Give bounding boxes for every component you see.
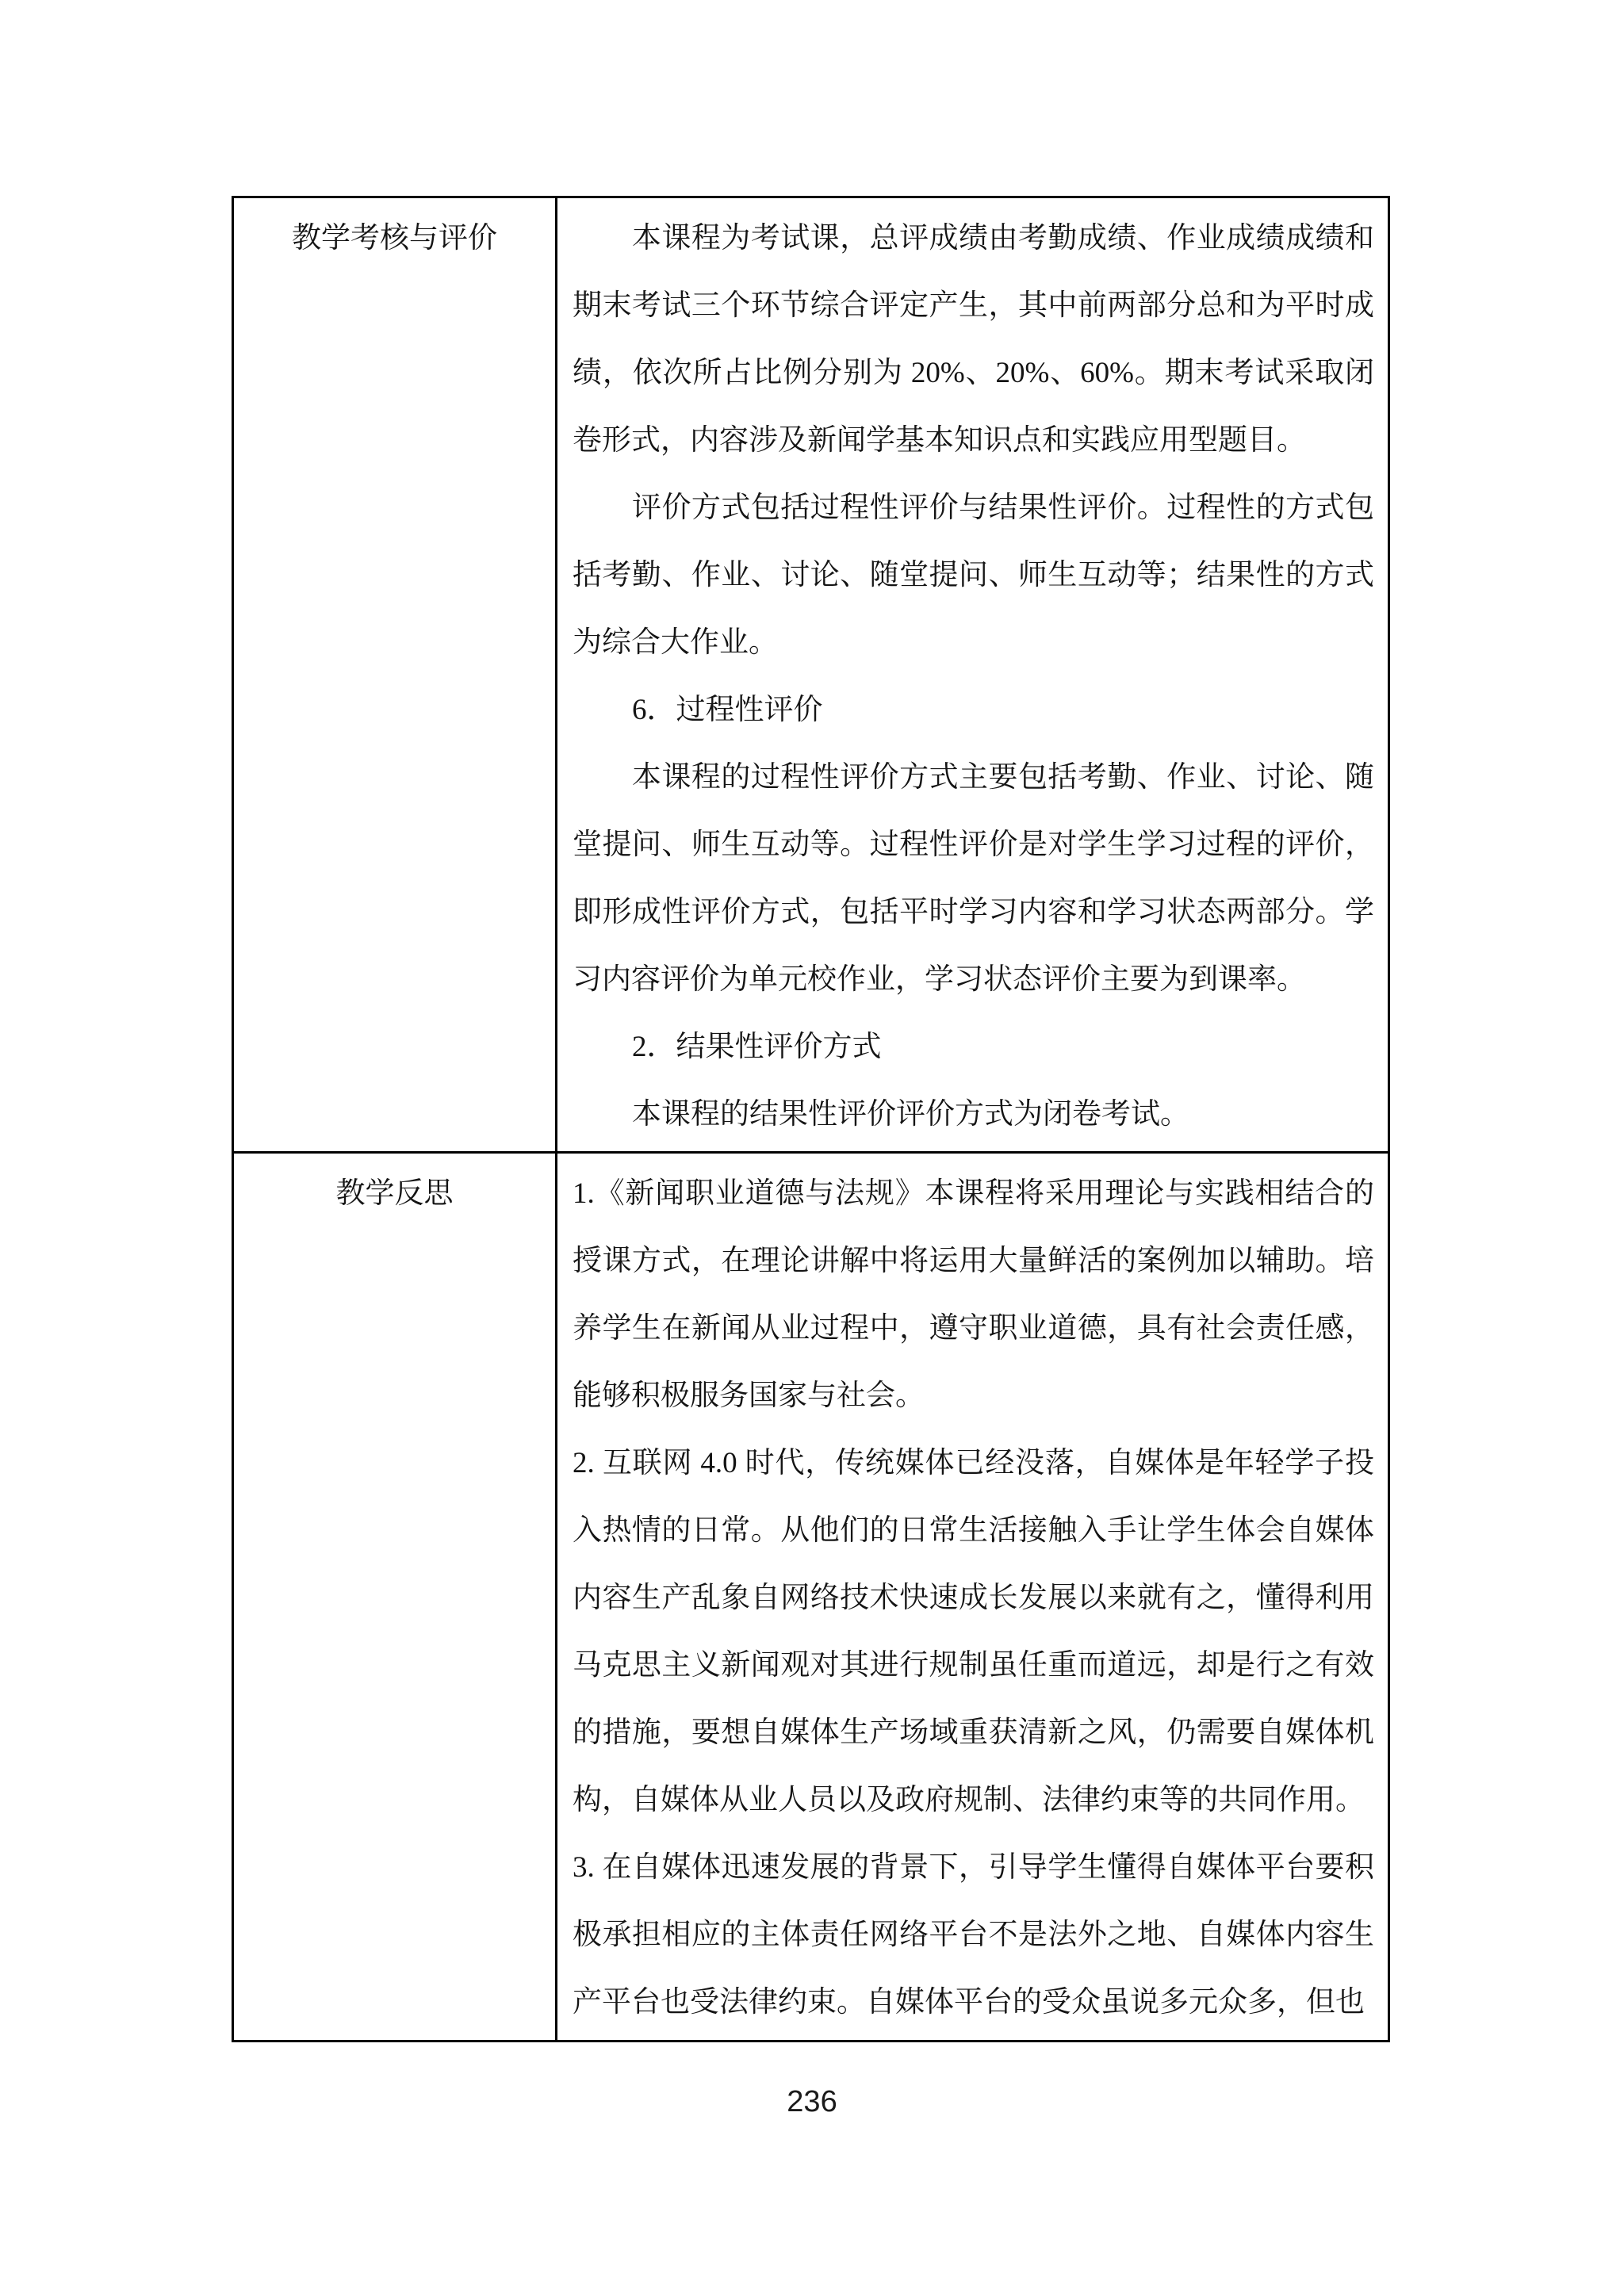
paragraph: 1.《新闻职业道德与法规》本课程将采用理论与实践相结合的授课方式，在理论讲解中将… bbox=[573, 1160, 1374, 1429]
row-content-cell-reflection: 1.《新闻职业道德与法规》本课程将采用理论与实践相结合的授课方式，在理论讲解中将… bbox=[557, 1154, 1388, 2040]
table-row-assessment: 教学考核与评价 本课程为考试课，总评成绩由考勤成绩、作业成绩成绩和期末考试三个环… bbox=[234, 198, 1388, 1154]
table-row-reflection: 教学反思 1.《新闻职业道德与法规》本课程将采用理论与实践相结合的授课方式，在理… bbox=[234, 1154, 1388, 2040]
paragraph-heading: 6．过程性评价 bbox=[573, 676, 1374, 744]
row-label-cell-assessment: 教学考核与评价 bbox=[234, 198, 557, 1151]
row-content-cell-assessment: 本课程为考试课，总评成绩由考勤成绩、作业成绩成绩和期末考试三个环节综合评定产生，… bbox=[557, 198, 1388, 1151]
paragraph: 本课程为考试课，总评成绩由考勤成绩、作业成绩成绩和期末考试三个环节综合评定产生，… bbox=[573, 205, 1374, 474]
paragraph: 2. 互联网 4.0 时代，传统媒体已经没落，自媒体是年轻学子投入热情的日常。从… bbox=[573, 1429, 1374, 1834]
paragraph: 本课程的过程性评价方式主要包括考勤、作业、讨论、随堂提问、师生互动等。过程性评价… bbox=[573, 744, 1374, 1013]
paragraph-heading: 2．结果性评价方式 bbox=[573, 1013, 1374, 1081]
paragraph: 本课程的结果性评价评价方式为闭卷考试。 bbox=[573, 1081, 1374, 1148]
row-label-cell-reflection: 教学反思 bbox=[234, 1154, 557, 2040]
document-page: 教学考核与评价 本课程为考试课，总评成绩由考勤成绩、作业成绩成绩和期末考试三个环… bbox=[0, 0, 1624, 2296]
paragraph: 评价方式包括过程性评价与结果性评价。过程性的方式包括考勤、作业、讨论、随堂提问、… bbox=[573, 474, 1374, 676]
course-info-table: 教学考核与评价 本课程为考试课，总评成绩由考勤成绩、作业成绩成绩和期末考试三个环… bbox=[232, 196, 1390, 2042]
page-number: 236 bbox=[0, 2085, 1624, 2119]
row-label-reflection: 教学反思 bbox=[336, 1177, 454, 1210]
row-label-assessment: 教学考核与评价 bbox=[292, 222, 497, 254]
paragraph: 3. 在自媒体迅速发展的背景下，引导学生懂得自媒体平台要积极承担相应的主体责任网… bbox=[573, 1834, 1374, 2036]
